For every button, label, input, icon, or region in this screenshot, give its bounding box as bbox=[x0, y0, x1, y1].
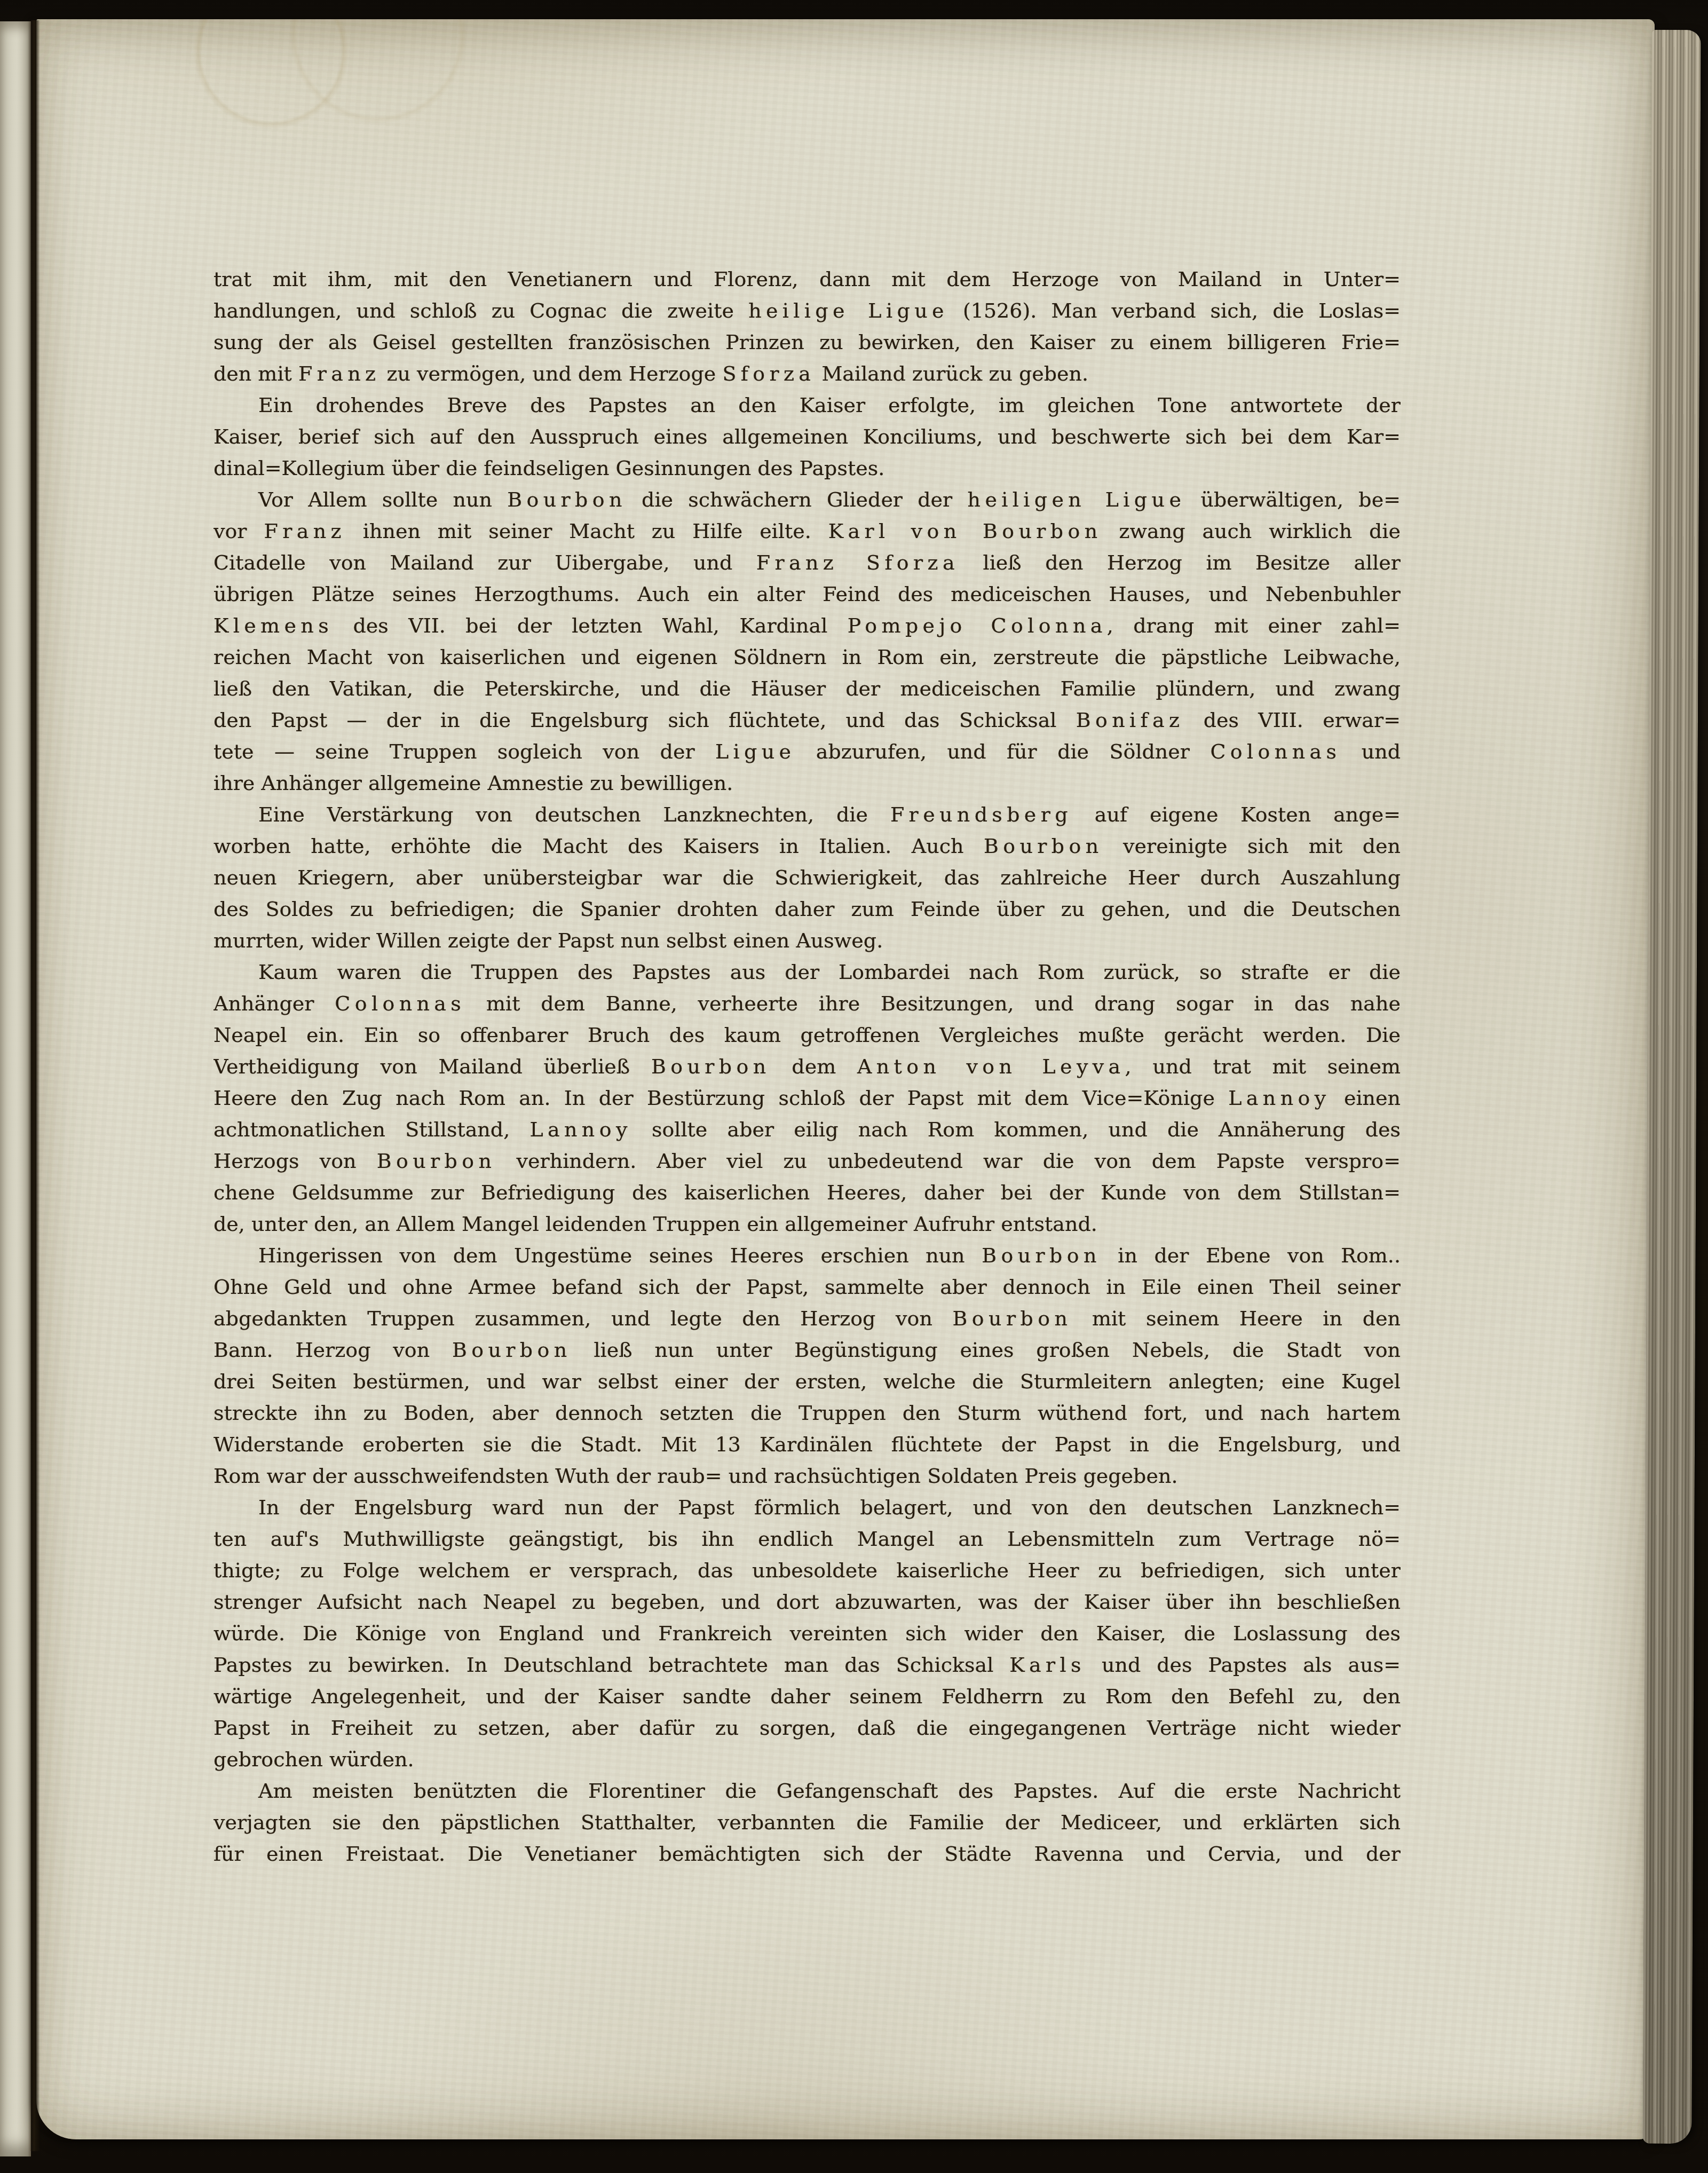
text-line: Klemens des VII. bei der letzten Wahl, K… bbox=[213, 610, 1401, 642]
paragraph: Hingerissen von dem Ungestüme seines Hee… bbox=[213, 1240, 1401, 1492]
letterspaced-name: Bourbon bbox=[507, 488, 627, 511]
letterspaced-name: Anton von Leyva bbox=[857, 1055, 1125, 1078]
text-line: Kaiser, berief sich auf den Ausspruch ei… bbox=[213, 421, 1401, 453]
text-line: für einen Freistaat. Die Venetianer bemä… bbox=[213, 1838, 1401, 1870]
text-line: des Soldes zu befriedigen; die Spanier d… bbox=[213, 894, 1401, 925]
page-stack-edge bbox=[1642, 30, 1701, 2144]
text-line: Vertheidigung von Mailand überließ Bourb… bbox=[213, 1051, 1401, 1082]
letterspaced-name: heilige Ligue bbox=[748, 299, 948, 322]
letterspaced-name: Klemens bbox=[213, 614, 333, 637]
letterspaced-name: Bourbon bbox=[982, 1244, 1101, 1267]
gutter-shadow bbox=[30, 20, 39, 2151]
text-line: ten auf's Muthwilligste geängstigt, bis … bbox=[213, 1523, 1401, 1555]
text-line: handlungen, und schloß zu Cognac die zwe… bbox=[213, 295, 1401, 327]
paragraph: Kaum waren die Truppen des Papstes aus d… bbox=[213, 957, 1401, 1240]
text-line: neuen Kriegern, aber unübersteigbar war … bbox=[213, 862, 1401, 894]
letterspaced-name: Ligue bbox=[715, 740, 795, 763]
letterspaced-name: Franz Sforza bbox=[756, 551, 959, 574]
paragraph: Vor Allem sollte nun Bourbon die schwäch… bbox=[213, 484, 1401, 799]
letterspaced-name: Karls bbox=[1009, 1653, 1086, 1677]
text-line: den mit Franz zu vermögen, und dem Herzo… bbox=[213, 358, 1401, 390]
letterspaced-name: Lannoy bbox=[529, 1118, 631, 1141]
text-line: Am meisten benützten die Florentiner die… bbox=[213, 1775, 1401, 1807]
text-line: Papstes zu bewirken. In Deutschland betr… bbox=[213, 1649, 1401, 1681]
text-line: vor Franz ihnen mit seiner Macht zu Hilf… bbox=[213, 516, 1401, 547]
letterspaced-name: Pompejo Colonna bbox=[848, 614, 1107, 637]
letterspaced-name: Ligue bbox=[1105, 488, 1185, 511]
text-line: achtmonatlichen Stillstand, Lannoy sollt… bbox=[213, 1114, 1401, 1145]
text-line: trat mit ihm, mit den Venetianern und Fl… bbox=[213, 264, 1401, 295]
paragraph: Ein drohendes Breve des Papstes an den K… bbox=[213, 390, 1401, 484]
text-line: sung der als Geisel gestellten französis… bbox=[213, 327, 1401, 358]
paragraph: Eine Verstärkung von deutschen Lanzknech… bbox=[213, 799, 1401, 957]
adjacent-page-edge bbox=[0, 21, 31, 2156]
text-line: chene Geldsumme zur Befriedigung des kai… bbox=[213, 1177, 1401, 1208]
text-line: Eine Verstärkung von deutschen Lanzknech… bbox=[213, 799, 1401, 831]
paragraph: In der Engelsburg ward nun der Papst för… bbox=[213, 1492, 1401, 1775]
text-line: Heere den Zug nach Rom an. In der Bestür… bbox=[213, 1082, 1401, 1114]
page-text: trat mit ihm, mit den Venetianern und Fl… bbox=[213, 264, 1401, 1870]
letterspaced-name: Karl von Bourbon bbox=[828, 519, 1102, 543]
text-line: In der Engelsburg ward nun der Papst för… bbox=[213, 1492, 1401, 1523]
letterspaced-name: Sforza bbox=[722, 362, 815, 385]
text-line: ihre Anhänger allgemeine Amnestie zu bew… bbox=[213, 768, 1401, 799]
letterspaced-name: Bourbon bbox=[984, 834, 1103, 858]
text-line: Anhänger Colonnas mit dem Banne, verheer… bbox=[213, 988, 1401, 1020]
letterspaced-name: Colonnas bbox=[1210, 740, 1341, 763]
text-line: de, unter den, an Allem Mangel leidenden… bbox=[213, 1208, 1401, 1240]
letterspaced-name: Freundsberg bbox=[890, 803, 1072, 826]
text-line: verjagten sie den päpstlichen Statthalte… bbox=[213, 1807, 1401, 1838]
letterspaced-name: Bourbon bbox=[983, 519, 1102, 543]
text-line: Neapel ein. Ein so offenbarer Bruch des … bbox=[213, 1020, 1401, 1051]
text-line: den Papst — der in die Engelsburg sich f… bbox=[213, 705, 1401, 736]
text-line: Ein drohendes Breve des Papstes an den K… bbox=[213, 390, 1401, 421]
text-line: übrigen Plätze seines Herzogthums. Auch … bbox=[213, 579, 1401, 610]
text-line: dinal=Kollegium über die feindseligen Ge… bbox=[213, 453, 1401, 484]
letterspaced-name: Lannoy bbox=[1228, 1086, 1330, 1110]
text-line: Papst in Freiheit zu setzen, aber dafür … bbox=[213, 1712, 1401, 1744]
text-line: würde. Die Könige von England und Frankr… bbox=[213, 1618, 1401, 1649]
paragraph: Am meisten benützten die Florentiner die… bbox=[213, 1775, 1401, 1870]
text-line: Rom war der ausschweifendsten Wuth der r… bbox=[213, 1460, 1401, 1492]
text-line: thigte; zu Folge welchem er versprach, d… bbox=[213, 1555, 1401, 1586]
letterspaced-name: Bourbon bbox=[953, 1307, 1072, 1330]
text-line: Widerstande eroberten sie die Stadt. Mit… bbox=[213, 1429, 1401, 1460]
text-line: ließ den Vatikan, die Peterskirche, und … bbox=[213, 673, 1401, 705]
text-line: murrten, wider Willen zeigte der Papst n… bbox=[213, 925, 1401, 957]
letterspaced-name: Bourbon bbox=[452, 1338, 572, 1362]
text-line: reichen Macht von kaiserlichen und eigen… bbox=[213, 642, 1401, 673]
text-line: Citadelle von Mailand zur Uibergabe, und… bbox=[213, 547, 1401, 579]
letterspaced-name: heiligen Ligue bbox=[968, 488, 1186, 511]
text-line: Hingerissen von dem Ungestüme seines Hee… bbox=[213, 1240, 1401, 1271]
letterspaced-name: Colonnas bbox=[335, 992, 465, 1015]
text-line: drei Seiten bestürmen, und war selbst ei… bbox=[213, 1366, 1401, 1397]
letterspaced-name: Franz bbox=[264, 519, 345, 543]
letterspaced-name: Franz bbox=[298, 362, 380, 385]
letterspaced-name: Bonifaz bbox=[1076, 708, 1184, 732]
text-line: abgedankten Truppen zusammen, und legte … bbox=[213, 1303, 1401, 1334]
text-line: Kaum waren die Truppen des Papstes aus d… bbox=[213, 957, 1401, 988]
letterspaced-name: Bourbon bbox=[377, 1149, 496, 1173]
text-line: tete — seine Truppen sogleich von der Li… bbox=[213, 736, 1401, 768]
text-line: Vor Allem sollte nun Bourbon die schwäch… bbox=[213, 484, 1401, 516]
book-page: trat mit ihm, mit den Venetianern und Fl… bbox=[36, 19, 1655, 2139]
book-scan: trat mit ihm, mit den Venetianern und Fl… bbox=[0, 0, 1708, 2173]
letterspaced-name: Bourbon bbox=[651, 1055, 771, 1078]
letterspaced-name: Franz bbox=[756, 551, 838, 574]
text-line: streckte ihn zu Boden, aber dennoch setz… bbox=[213, 1397, 1401, 1429]
text-line: Bann. Herzog von Bourbon ließ nun unter … bbox=[213, 1334, 1401, 1366]
text-line: strenger Aufsicht nach Neapel zu begeben… bbox=[213, 1586, 1401, 1618]
paragraph: trat mit ihm, mit den Venetianern und Fl… bbox=[213, 264, 1401, 390]
text-line: wärtige Angelegenheit, und der Kaiser sa… bbox=[213, 1681, 1401, 1712]
text-line: Ohne Geld und ohne Armee befand sich der… bbox=[213, 1271, 1401, 1303]
text-line: Herzogs von Bourbon verhindern. Aber vie… bbox=[213, 1145, 1401, 1177]
text-line: worben hatte, erhöhte die Macht des Kais… bbox=[213, 831, 1401, 862]
text-line: gebrochen würden. bbox=[213, 1744, 1401, 1775]
